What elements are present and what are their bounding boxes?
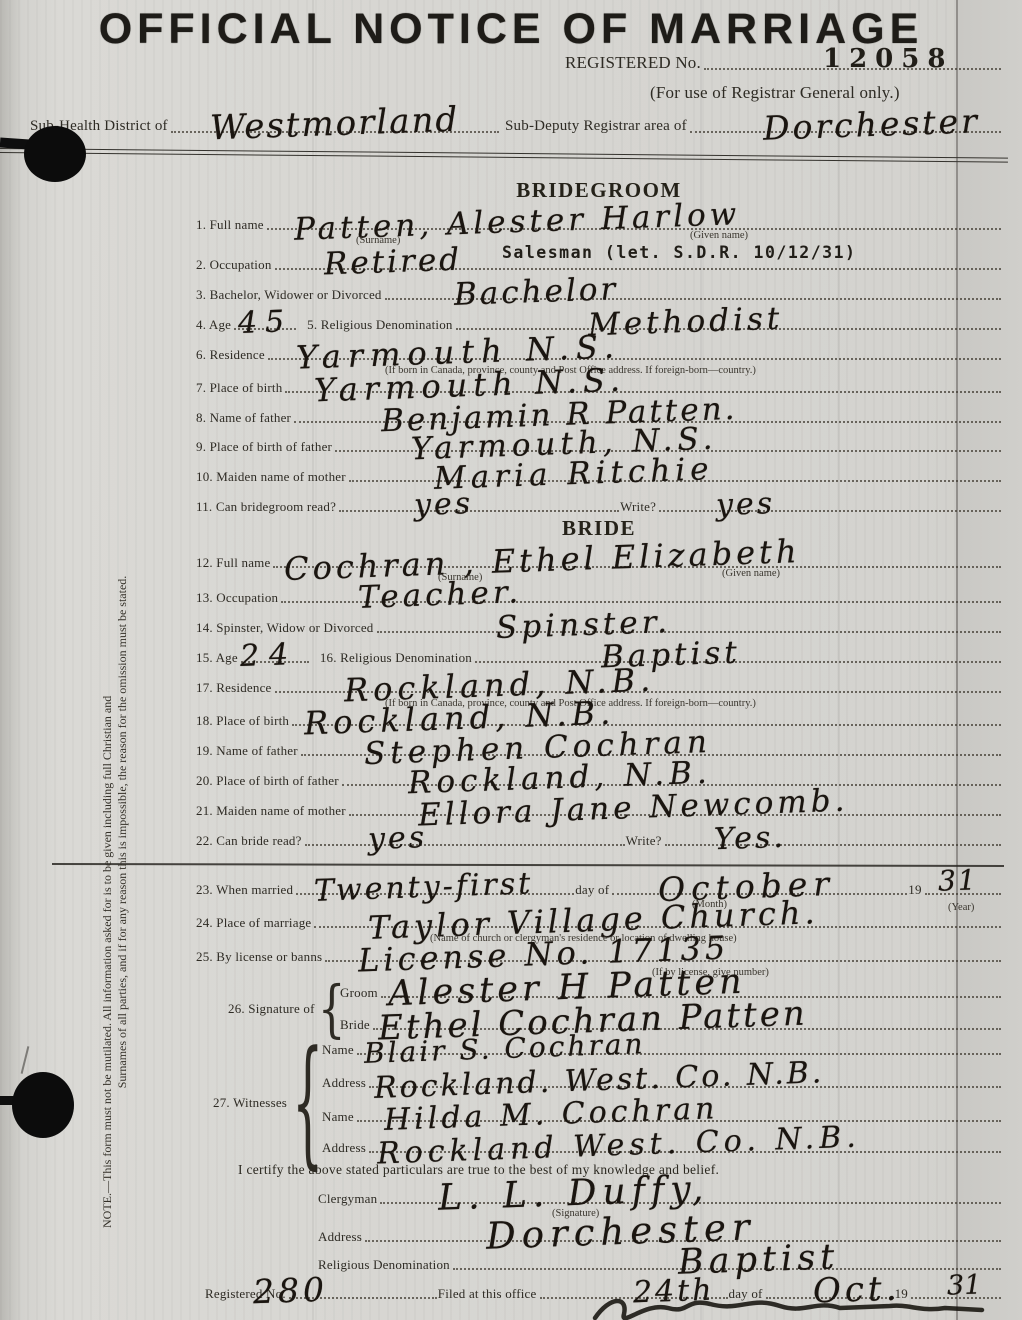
bride-occupation-value: Teacher. — [358, 577, 523, 614]
hole-punch — [12, 1072, 74, 1138]
filing-registered-value: 280 — [252, 1273, 328, 1309]
field-row-bride-residence: 17. Residence Rockland, N.B. — [196, 679, 1002, 695]
field-label: 3. Bachelor, Widower or Divorced — [196, 288, 384, 302]
margin-note-line2: Surnames of all parties, and if for any … — [115, 436, 130, 1228]
wedding-year-value: 31 — [938, 866, 979, 895]
dotted-line — [339, 510, 619, 512]
name-label: Name — [322, 1110, 356, 1124]
field-label: 13. Occupation — [196, 591, 280, 605]
year-prefix: 19 — [908, 883, 923, 897]
field-row-groom-mother: 10. Maiden name of mother Maria Ritchie — [196, 468, 1002, 484]
filed-label: Filed at this office — [438, 1287, 539, 1301]
field-row-bride-birthplace: 18. Place of birth Rockland, N.B. — [196, 712, 1002, 728]
field-row-groom-birthplace: 7. Place of birth Yarmouth N.S. — [196, 379, 1002, 395]
district-value: Westmorland — [209, 103, 459, 146]
groom-age-value: 45 — [237, 307, 292, 339]
field-row-bride-status: 14. Spinster, Widow or Divorced Spinster… — [196, 619, 1002, 635]
field-row-groom-residence: 6. Residence Yarmouth N.S. — [196, 346, 1002, 362]
witnesses-label: 27. Witnesses — [213, 1096, 289, 1110]
address-label: Address — [322, 1076, 368, 1090]
field-label: 25. By license or banns — [196, 950, 324, 964]
write-label: Write? — [626, 834, 664, 848]
name-label: Name — [322, 1043, 356, 1057]
dotted-line — [659, 510, 1001, 512]
field-row-clergyman-denomination: Religious Denomination Baptist — [318, 1256, 1002, 1272]
field-label: 15. Age — [196, 651, 240, 665]
groom-occupation-typed-note: Salesman (let. S.D.R. 10/12/31) — [502, 245, 856, 262]
field-row-groom-literacy: 11. Can bridegroom read? Write? yes yes — [196, 498, 1002, 514]
dotted-line — [305, 844, 625, 846]
field-row-bride-occupation: 13. Occupation Teacher. — [196, 589, 1002, 605]
field-row-groom-father-birthplace: 9. Place of birth of father Yarmouth, N.… — [196, 438, 1002, 454]
field-row-witness2-address: Address Rockland West. Co. N.B. — [322, 1139, 1002, 1155]
bride-can-write-value: Yes. — [713, 823, 786, 855]
section-heading-bridegroom: BRIDEGROOM — [196, 180, 1002, 201]
field-label: 21. Maiden name of mother — [196, 804, 348, 818]
groom-label: Groom — [340, 986, 380, 1000]
field-label: 23. When married — [196, 883, 295, 897]
field-label: 6. Residence — [196, 348, 267, 362]
registered-no-row: REGISTERED No. 12058 — [565, 56, 1002, 72]
field-label: 5. Religious Denomination — [297, 318, 454, 332]
write-label: Write? — [620, 500, 658, 514]
field-row-witness2-name: Name Hilda M. Cochran — [322, 1108, 1002, 1124]
district-row: Sub-Health District of Westmorland — [30, 119, 500, 135]
registrar-signature-partial — [590, 1294, 990, 1320]
field-row-groom-status: 3. Bachelor, Widower or Divorced Bachelo… — [196, 286, 1002, 302]
groom-can-write-value: yes — [715, 489, 775, 521]
field-row-place-of-marriage: 24. Place of marriage Taylor Village Chu… — [196, 914, 1002, 930]
wedding-day-value: Twenty-first — [314, 869, 534, 907]
field-row-bride-mother: 21. Maiden name of mother Ellora Jane Ne… — [196, 802, 1002, 818]
groom-mother-value: Maria Ritchie — [434, 454, 715, 495]
field-row-groom-father: 8. Name of father Benjamin R Patten. — [196, 409, 1002, 425]
dotted-line — [377, 631, 1001, 633]
field-label: 8. Name of father — [196, 411, 293, 425]
field-label: 14. Spinster, Widow or Divorced — [196, 621, 376, 635]
section-heading-bride: BRIDE — [196, 518, 1002, 539]
field-label: 11. Can bridegroom read? — [196, 500, 338, 514]
field-label: 18. Place of birth — [196, 714, 291, 728]
day-of-label: day of — [575, 883, 611, 897]
year-hint: (Year) — [948, 903, 974, 914]
field-row-bride-full-name: 12. Full name Cochran , Ethel Elizabeth — [196, 554, 1002, 570]
field-label: 19. Name of father — [196, 744, 300, 758]
field-row-bride-father: 19. Name of father Stephen Cochran — [196, 742, 1002, 758]
groom-status-value: Bachelor — [454, 274, 619, 311]
field-row-signature-bride: Bride Ethel Cochran Patten — [340, 1016, 1002, 1032]
field-row-clergyman-address: Address Dorchester — [318, 1228, 1002, 1244]
margin-note-line1: NOTE.—This form must not be mutilated. A… — [100, 436, 115, 1228]
area-row: Sub-Deputy Registrar area of Dorchester — [505, 119, 1002, 135]
field-row-license: 25. By license or banns License No. 1713… — [196, 948, 1002, 964]
witnesses-brace: { — [292, 1034, 324, 1173]
field-label: 20. Place of birth of father — [196, 774, 341, 788]
area-value: Dorchester — [762, 104, 980, 145]
header-rule — [0, 148, 1008, 163]
groom-can-read-value: yes — [413, 489, 473, 521]
area-label: Sub-Deputy Registrar area of — [505, 119, 689, 135]
marriage-notice-document: OFFICIAL NOTICE OF MARRIAGE REGISTERED N… — [0, 0, 1022, 1320]
field-label: 17. Residence — [196, 681, 274, 695]
address-label: Address — [322, 1141, 368, 1155]
registered-no-value: 12058 — [823, 46, 953, 72]
field-row-groom-full-name: 1. Full name Patten, Alester Harlow — [196, 216, 1002, 232]
address-label: Address — [318, 1230, 364, 1244]
field-row-witness1-name: Name Blair S. Cochran — [322, 1041, 1002, 1057]
bride-age-value: 24 — [239, 640, 298, 672]
field-label: 1. Full name — [196, 218, 266, 232]
bride-label: Bride — [340, 1018, 372, 1032]
field-label: 22. Can bride read? — [196, 834, 304, 848]
field-label: 7. Place of birth — [196, 381, 284, 395]
field-row-clergyman: Clergyman L. L. Duffy, — [318, 1190, 1002, 1206]
given-name-hint: (Given name) — [690, 231, 748, 242]
bride-can-read-value: yes — [367, 823, 427, 855]
registrar-only-note: (For use of Registrar General only.) — [650, 84, 902, 102]
signature-of-label: 26. Signature of — [228, 1002, 317, 1016]
field-label: 4. Age — [196, 318, 233, 332]
field-label: 24. Place of marriage — [196, 916, 313, 930]
clergyman-label: Clergyman — [318, 1192, 379, 1206]
field-label: 10. Maiden name of mother — [196, 470, 348, 484]
given-name-hint: (Given name) — [722, 569, 780, 580]
denomination-label: Religious Denomination — [318, 1258, 452, 1272]
margin-note: NOTE.—This form must not be mutilated. A… — [100, 436, 136, 1228]
field-label: 2. Occupation — [196, 258, 274, 272]
field-label: 9. Place of birth of father — [196, 440, 334, 454]
field-row-when-married: 23. When married day of 19 Twenty-first … — [196, 881, 1002, 897]
hole-punch — [24, 126, 86, 182]
field-row-bride-literacy: 22. Can bride read? Write? yes Yes. — [196, 832, 1002, 848]
field-label: 16. Religious Denomination — [310, 651, 474, 665]
field-row-bride-father-birthplace: 20. Place of birth of father Rockland, N… — [196, 772, 1002, 788]
paper-scratch — [21, 1046, 30, 1074]
groom-occupation-value: Retired — [324, 245, 463, 281]
field-row-witness1-address: Address Rockland. West. Co. N.B. — [322, 1074, 1002, 1090]
registered-no-label: REGISTERED No. — [565, 54, 703, 72]
field-label: 12. Full name — [196, 556, 272, 570]
